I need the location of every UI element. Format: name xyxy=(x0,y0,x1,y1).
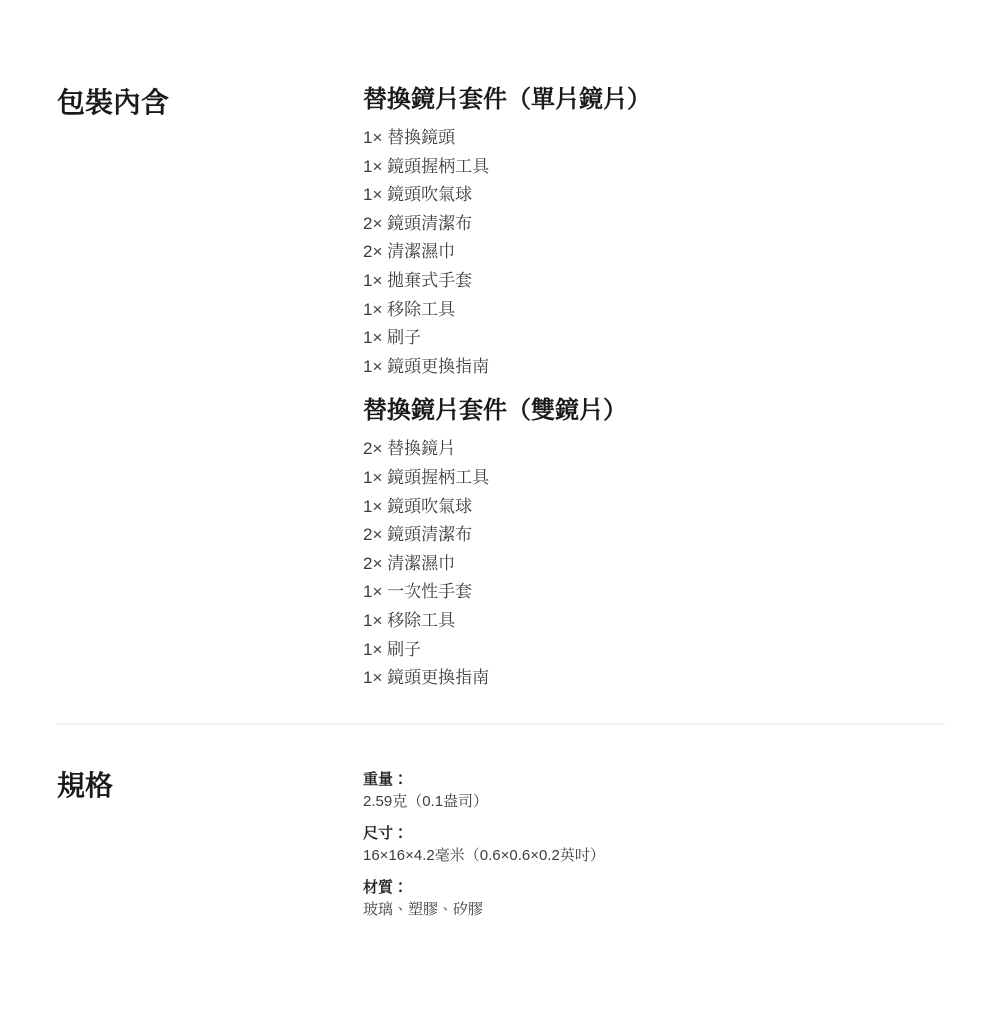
spec-weight-value: 2.59克（0.1盎司） xyxy=(363,791,945,813)
spec-dimensions-value: 16×16×4.2毫米（0.6×0.6×0.2英吋） xyxy=(363,845,945,867)
kit-item: 1× 拋棄式手套 xyxy=(363,267,945,296)
spec-dimensions: 尺寸： 16×16×4.2毫米（0.6×0.6×0.2英吋） xyxy=(363,823,945,867)
kit-item: 1× 鏡頭握柄工具 xyxy=(363,464,945,493)
spec-material-label: 材質： xyxy=(363,877,945,899)
specifications-heading-column: 規格 xyxy=(57,769,363,803)
kit-single-lens-title: 替換鏡片套件（單片鏡片） xyxy=(363,86,945,114)
specifications-content-column: 重量： 2.59克（0.1盎司） 尺寸： 16×16×4.2毫米（0.6×0.6… xyxy=(363,769,945,931)
kit-item: 1× 一次性手套 xyxy=(363,578,945,607)
package-contents-content-column: 替換鏡片套件（單片鏡片） 1× 替換鏡頭 1× 鏡頭握柄工具 1× 鏡頭吹氣球 … xyxy=(363,86,945,693)
kit-item: 1× 鏡頭吹氣球 xyxy=(363,493,945,522)
kit-item: 2× 替換鏡片 xyxy=(363,435,945,464)
package-contents-title: 包裝內含 xyxy=(57,86,363,120)
spec-weight-label: 重量： xyxy=(363,769,945,791)
kit-item: 1× 移除工具 xyxy=(363,296,945,325)
kit-item: 2× 鏡頭清潔布 xyxy=(363,210,945,239)
kit-item: 2× 清潔濕巾 xyxy=(363,550,945,579)
product-detail-page: 包裝內含 替換鏡片套件（單片鏡片） 1× 替換鏡頭 1× 鏡頭握柄工具 1× 鏡… xyxy=(0,0,1000,1020)
specifications-title: 規格 xyxy=(57,769,363,803)
spec-weight: 重量： 2.59克（0.1盎司） xyxy=(363,769,945,813)
kit-dual-lens: 替換鏡片套件（雙鏡片） 2× 替換鏡片 1× 鏡頭握柄工具 1× 鏡頭吹氣球 2… xyxy=(363,397,945,692)
kit-item: 1× 鏡頭吹氣球 xyxy=(363,181,945,210)
kit-dual-lens-title: 替換鏡片套件（雙鏡片） xyxy=(363,397,945,425)
kit-item: 1× 鏡頭握柄工具 xyxy=(363,153,945,182)
kit-item: 1× 鏡頭更換指南 xyxy=(363,664,945,693)
kit-single-lens-items: 1× 替換鏡頭 1× 鏡頭握柄工具 1× 鏡頭吹氣球 2× 鏡頭清潔布 2× 清… xyxy=(363,124,945,381)
spec-material: 材質： 玻璃、塑膠、矽膠 xyxy=(363,877,945,921)
package-contents-heading-column: 包裝內含 xyxy=(57,86,363,120)
spec-dimensions-label: 尺寸： xyxy=(363,823,945,845)
kit-item: 1× 鏡頭更換指南 xyxy=(363,353,945,382)
kit-single-lens: 替換鏡片套件（單片鏡片） 1× 替換鏡頭 1× 鏡頭握柄工具 1× 鏡頭吹氣球 … xyxy=(363,86,945,381)
spec-material-value: 玻璃、塑膠、矽膠 xyxy=(363,899,945,921)
kit-item: 2× 鏡頭清潔布 xyxy=(363,521,945,550)
kit-item: 1× 刷子 xyxy=(363,636,945,665)
kit-item: 2× 清潔濕巾 xyxy=(363,238,945,267)
kit-item: 1× 刷子 xyxy=(363,324,945,353)
kit-dual-lens-items: 2× 替換鏡片 1× 鏡頭握柄工具 1× 鏡頭吹氣球 2× 鏡頭清潔布 2× 清… xyxy=(363,435,945,692)
kit-item: 1× 移除工具 xyxy=(363,607,945,636)
specifications-section: 規格 重量： 2.59克（0.1盎司） 尺寸： 16×16×4.2毫米（0.6×… xyxy=(57,725,945,931)
kit-item: 1× 替換鏡頭 xyxy=(363,124,945,153)
package-contents-section: 包裝內含 替換鏡片套件（單片鏡片） 1× 替換鏡頭 1× 鏡頭握柄工具 1× 鏡… xyxy=(57,86,945,693)
